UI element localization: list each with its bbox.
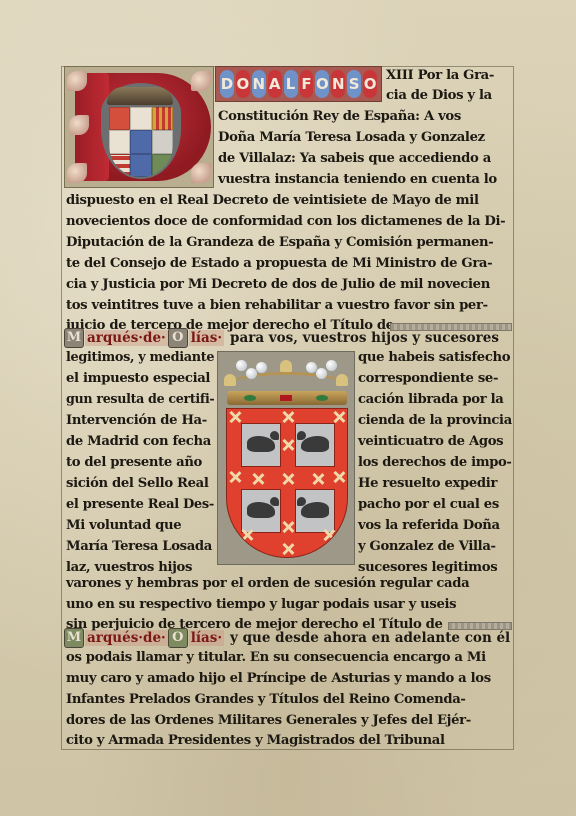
silver-quarter	[295, 423, 335, 467]
text-line: legitimos, y mediante	[66, 348, 214, 368]
text-line: uno en su respectivo tiempo y lugar poda…	[66, 595, 456, 615]
silver-quarter	[241, 489, 281, 533]
saltire-icon	[282, 521, 294, 533]
text-line: veinticuatro de Agos	[358, 432, 503, 452]
text-line: cia y Justicia por Mi Decreto de dos de …	[66, 275, 490, 295]
text-line: dispuesto en el Real Decreto de veintisi…	[66, 191, 479, 211]
saltire-icon	[312, 473, 324, 485]
text-line: Infantes Prelados Grandes y Títulos del …	[66, 690, 466, 710]
title-text: lías·	[189, 630, 224, 646]
text-line: cia de Dios y la	[386, 86, 492, 106]
saltire-icon	[241, 529, 253, 541]
text-line: te del Consejo de Estado a propuesta de …	[66, 254, 492, 274]
saltire-icon	[333, 411, 345, 423]
coat-of-arms-panel	[217, 351, 355, 565]
saltire-icon	[282, 439, 294, 451]
text-line: el impuesto especial	[66, 369, 210, 389]
text-line: María Teresa Losada	[66, 537, 212, 557]
text-line: de Villalaz: Ya sabeis que accediendo a	[218, 149, 491, 169]
banner-letter: A	[268, 70, 282, 98]
text-line: vos la referida Doña	[358, 516, 500, 536]
banner-letter: O	[236, 70, 250, 98]
text-line: de Madrid con fecha	[66, 432, 211, 452]
text-line: y Gonzalez de Villa-	[358, 537, 496, 557]
banner-letter: S	[347, 70, 361, 98]
illuminated-capital-o: O	[168, 628, 188, 648]
saltire-icon	[229, 471, 241, 483]
saltire-icon	[229, 411, 241, 423]
text-line: para vos, vuestros hijos y sucesores	[230, 330, 499, 346]
illuminated-capital-m: M	[64, 628, 84, 648]
text-line: cienda de la provincia	[358, 411, 512, 431]
manuscript-page: D O N A L F O N S O XIII Por la Gra- cia…	[0, 0, 576, 816]
text-line: el presente Real Des-	[66, 495, 214, 515]
text-line: Doña María Teresa Losada y Gonzalez	[218, 128, 485, 148]
text-line: Mi voluntad que	[66, 516, 181, 536]
title-marques-de-olias: M arqués·de· O lías· para vos, vuestros …	[64, 327, 499, 349]
acanthus-leaf-icon	[69, 115, 89, 135]
illuminated-capital-o: O	[168, 328, 188, 348]
saltire-icon	[333, 471, 345, 483]
text-line: cación librada por la	[358, 390, 503, 410]
silver-quarter	[241, 423, 281, 467]
text-line: y que desde ahora en adelante con él	[230, 630, 510, 646]
saltire-icon	[282, 411, 294, 423]
wolf-icon	[301, 502, 329, 518]
text-line: gun resulta de certifi-	[66, 390, 214, 410]
text-line: varones y hembras por el orden de sucesi…	[66, 574, 469, 594]
text-line: Intervención de Ha-	[66, 411, 207, 431]
text-line: to del presente año	[66, 453, 202, 473]
illuminated-initial-d	[64, 66, 214, 188]
text-line: que habeis satisfecho	[358, 348, 510, 368]
text-line: cito y Armada Presidentes y Magistrados …	[66, 731, 445, 751]
text-line: sición del Sello Real	[66, 474, 209, 494]
saltire-icon	[252, 473, 264, 485]
wolf-icon	[247, 502, 275, 518]
text-line: dores de las Ordenes Militares Generales…	[66, 711, 471, 731]
acanthus-leaf-icon	[67, 71, 87, 91]
text-line: Diputación de la Grandeza de España y Co…	[66, 233, 493, 253]
text-line: os podais llamar y titular. En su consec…	[66, 648, 486, 668]
wolf-icon	[301, 436, 329, 452]
text-line: Constitución Rey de España: A vos	[218, 107, 461, 127]
text-line: tos veintitres tuve a bien rehabilitar a…	[66, 296, 488, 316]
saltire-icon	[323, 529, 335, 541]
banner-letter: N	[331, 70, 345, 98]
silver-quarter	[295, 489, 335, 533]
saltire-icon	[282, 543, 294, 555]
illuminated-capital-m: M	[64, 328, 84, 348]
acanthus-leaf-icon	[191, 71, 211, 91]
royal-crown-icon	[107, 87, 173, 105]
wolf-icon	[247, 436, 275, 452]
banner-letter: D	[220, 70, 234, 98]
acanthus-leaf-icon	[67, 163, 87, 183]
text-line: vuestra instancia teniendo en cuenta lo	[218, 170, 497, 190]
title-text: arqués·de·	[85, 630, 168, 646]
saltire-icon	[282, 473, 294, 485]
title-marques-de-olias: M arqués·de· O lías· y que desde ahora e…	[64, 627, 510, 649]
text-line: los derechos de impo-	[358, 453, 512, 473]
acanthus-leaf-icon	[191, 163, 211, 183]
title-text: arqués·de·	[85, 330, 168, 346]
banner-letter: F	[300, 70, 314, 98]
banner-letter: L	[284, 70, 298, 98]
title-banner-don-alfonso: D O N A L F O N S O	[215, 66, 382, 102]
text-line: muy caro y amado hijo el Príncipe de Ast…	[66, 669, 491, 689]
text-line: novecientos doce de conformidad con los …	[66, 212, 505, 232]
banner-letter: O	[315, 70, 329, 98]
text-line: He resuelto expedir	[358, 474, 497, 494]
marquis-crown-icon	[224, 358, 348, 410]
royal-coat-of-arms-icon	[109, 107, 173, 177]
text-line: pacho por el cual es	[358, 495, 499, 515]
text-line: XIII Por la Gra-	[386, 66, 494, 86]
banner-letter: O	[363, 70, 377, 98]
text-line: correspondiente se-	[358, 369, 498, 389]
title-text: lías·	[189, 330, 224, 346]
banner-letter: N	[252, 70, 266, 98]
olias-shield-icon	[226, 408, 348, 558]
